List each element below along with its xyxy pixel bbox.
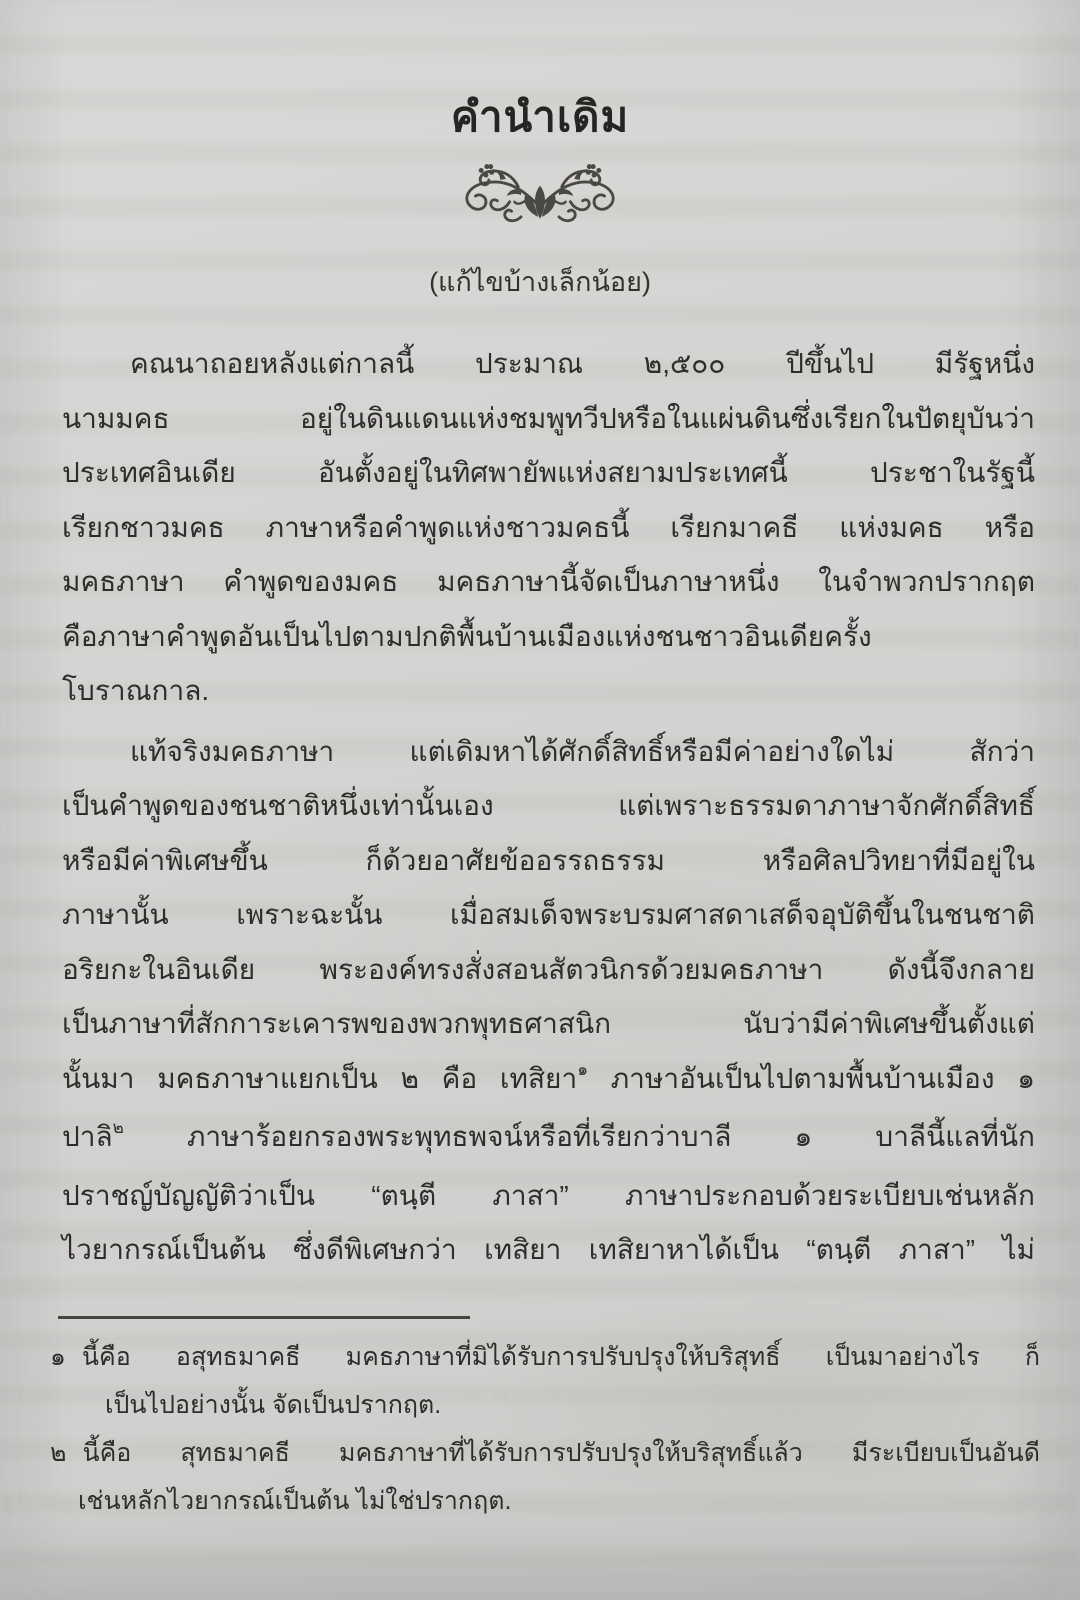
line-text: ภาษาอันเป็นไปตามพื้นบ้านเมือง ๑ xyxy=(588,1063,1035,1094)
footnote-marker-2: ๒ xyxy=(113,1118,124,1137)
body-line: อริยกะในอินเดีย พระองค์ทรงสั่งสอนสัตวนิก… xyxy=(62,943,1035,998)
footnote-2: ๒นี้คือ สุทธมาคธี มคธภาษาที่ได้รับการปรั… xyxy=(50,1429,1040,1525)
line-text: ภาษาร้อยกรองพระพุทธพจน์หรือที่เรียกว่าบา… xyxy=(124,1121,1035,1152)
body-line: แท้จริงมคธภาษา แต่เดิมหาได้ศักดิ์สิทธิ์ห… xyxy=(62,725,1035,780)
floral-flourish-icon xyxy=(420,160,660,234)
line-text: นั้นมา มคธภาษาแยกเป็น ๒ คือ เทสิยา xyxy=(62,1063,577,1094)
footnote-line: เช่นหลักไวยากรณ์เป็นต้น ไม่ใช่ปรากฤต. xyxy=(78,1477,1040,1525)
body-line: คณนาถอยหลังแต่กาลนี้ ประมาณ ๒,๕๐๐ ปีขึ้น… xyxy=(62,337,1035,392)
line-text: ปาลิ xyxy=(62,1121,113,1152)
body-line: เรียกชาวมคธ ภาษาหรือคำพูดแห่งชาวมคธนี้ เ… xyxy=(62,501,1035,556)
scanned-book-page: คำนำเดิม xyxy=(0,0,1080,1600)
paragraph-2: แท้จริงมคธภาษา แต่เดิมหาได้ศักดิ์สิทธิ์ห… xyxy=(62,725,1035,1278)
footnote-number: ๑ xyxy=(50,1343,66,1371)
body-line: ภาษานั้น เพราะฉะนั้น เมื่อสมเด็จพระบรมศา… xyxy=(62,888,1035,943)
page-title: คำนำเดิม xyxy=(0,84,1080,150)
body-line: นามมคธ อยู่ในดินแดนแห่งชมพูทวีปหรือในแผ่… xyxy=(62,392,1035,447)
footnote-line: ๒นี้คือ สุทธมาคธี มคธภาษาที่ได้รับการปรั… xyxy=(50,1429,1040,1477)
footnote-line: เป็นไปอย่างนั้น จัดเป็นปรากฤต. xyxy=(105,1381,1040,1429)
footnote-number: ๒ xyxy=(50,1439,66,1467)
body-line: เป็นภาษาที่สักการะเคารพของพวกพุทธศาสนิก … xyxy=(62,997,1035,1052)
body-line: โบราณกาล. xyxy=(62,664,1035,719)
page-content: คำนำเดิม xyxy=(0,84,1080,1525)
edit-note-subtitle: (แก้ไขบ้างเล็กน้อย) xyxy=(0,260,1080,303)
footnotes: ๑นี้คือ อสุทธมาคธี มคธภาษาที่มิได้รับการ… xyxy=(50,1333,1040,1525)
body-line: มคธภาษา คำพูดของมคธ มคธภาษานี้จัดเป็นภาษ… xyxy=(62,555,1035,610)
footnote-marker-1: ๑ xyxy=(577,1060,588,1079)
body-line-with-footnote-marker: ปาลิ๒ ภาษาร้อยกรองพระพุทธพจน์หรือที่เรีย… xyxy=(62,1110,1035,1169)
footnote-1: ๑นี้คือ อสุทธมาคธี มคธภาษาที่มิได้รับการ… xyxy=(50,1333,1040,1429)
footnote-text: นี้คือ สุทธมาคธี มคธภาษาที่ได้รับการปรับ… xyxy=(82,1439,1040,1467)
body-line: คือภาษาคำพูดอันเป็นไปตามปกติพื้นบ้านเมือ… xyxy=(62,610,1035,665)
body-line-with-footnote-marker: นั้นมา มคธภาษาแยกเป็น ๒ คือ เทสิยา๑ ภาษา… xyxy=(62,1052,1035,1111)
footnote-separator xyxy=(58,1316,470,1319)
body-line: ประเทศอินเดีย อันตั้งอยู่ในทิศพายัพแห่งส… xyxy=(62,446,1035,501)
paragraph-1: คณนาถอยหลังแต่กาลนี้ ประมาณ ๒,๕๐๐ ปีขึ้น… xyxy=(62,337,1035,719)
body-line: เป็นคำพูดของชนชาติหนึ่งเท่านั้นเอง แต่เพ… xyxy=(62,779,1035,834)
body-line: ปราชญ์บัญญัติว่าเป็น “ตนฺตี ภาสา” ภาษาปร… xyxy=(62,1169,1035,1224)
footnote-text: นี้คือ อสุทธมาคธี มคธภาษาที่มิได้รับการป… xyxy=(82,1343,1040,1371)
body-line: หรือมีค่าพิเศษขึ้น ก็ด้วยอาศัยข้ออรรถธรร… xyxy=(62,834,1035,889)
body-text: คณนาถอยหลังแต่กาลนี้ ประมาณ ๒,๕๐๐ ปีขึ้น… xyxy=(62,337,1035,1278)
body-line: ไวยากรณ์เป็นต้น ซึ่งดีพิเศษกว่า เทสิยา เ… xyxy=(62,1223,1035,1278)
footnote-line: ๑นี้คือ อสุทธมาคธี มคธภาษาที่มิได้รับการ… xyxy=(50,1333,1040,1381)
